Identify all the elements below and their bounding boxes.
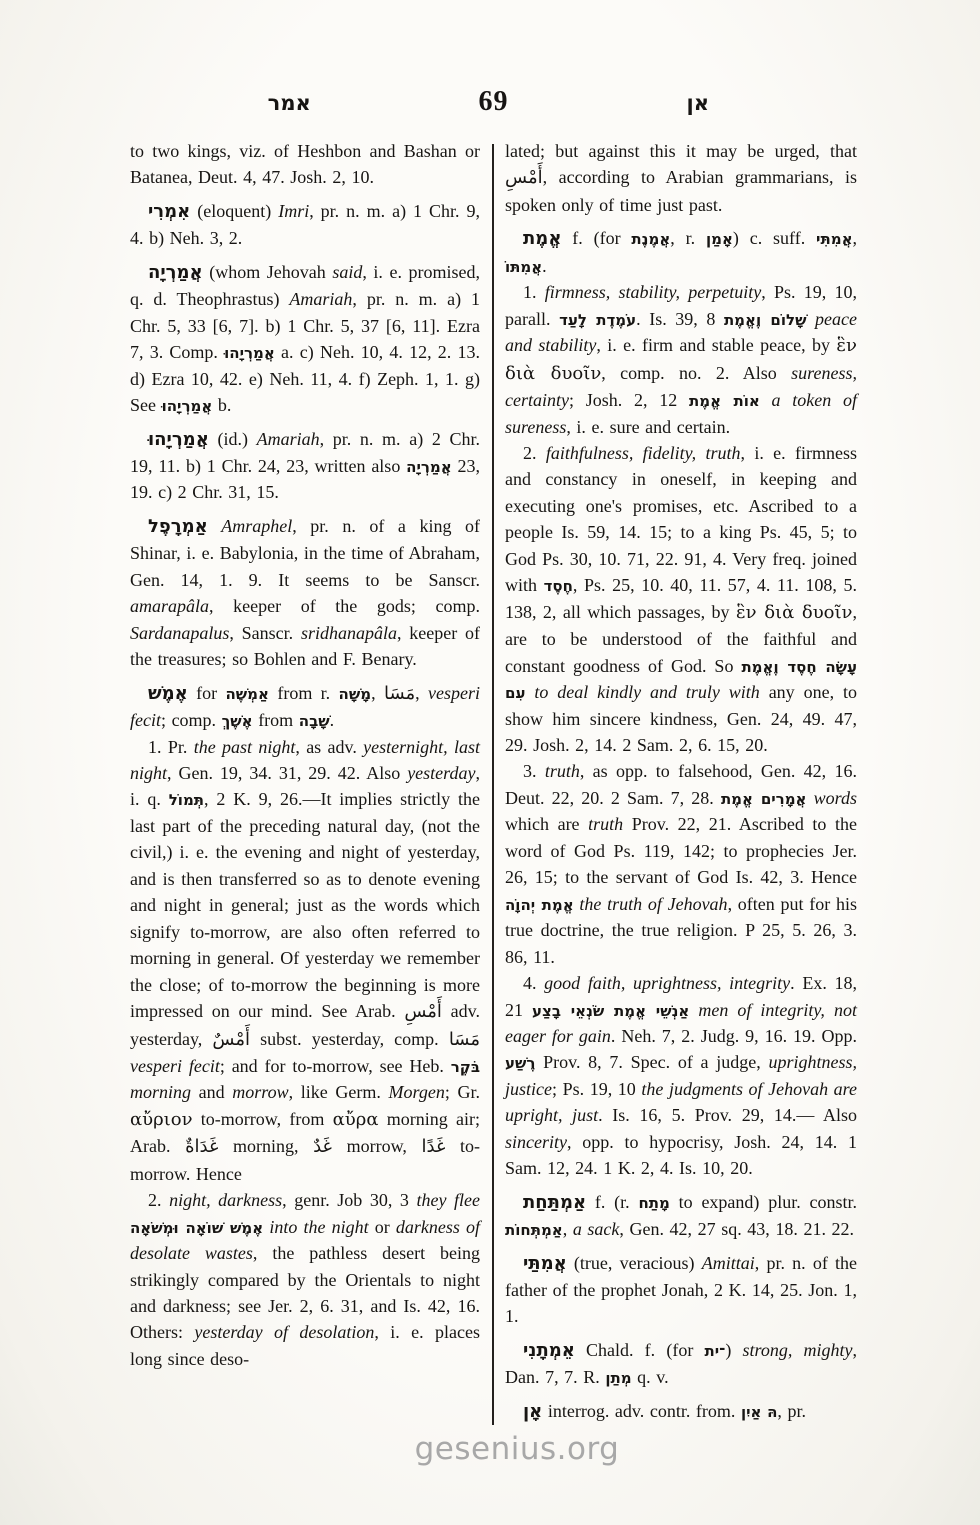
italic-text: truth xyxy=(545,761,580,781)
italic-text: amarapâla xyxy=(130,596,209,616)
text-run: which are xyxy=(505,814,588,834)
header-catchword-left: אמר xyxy=(130,91,449,115)
dictionary-paragraph: אֲמַרְיָהוּ (id.) Amariah, pr. n. m. a) … xyxy=(130,426,480,506)
text-run: f. (r. xyxy=(586,1192,638,1212)
hebrew-text: ־ית xyxy=(704,1342,725,1360)
hebrew-text: הּ xyxy=(767,1403,777,1421)
text-run: , like Germ. xyxy=(289,1082,389,1102)
dictionary-paragraph: 2. night, darkness, genr. Job 30, 3 they… xyxy=(130,1187,480,1372)
dictionary-paragraph: 4. good faith, uprightness, integrity. E… xyxy=(505,970,857,1182)
text-run: to-morrow, from xyxy=(193,1109,333,1129)
text-run: , pr. xyxy=(777,1401,806,1421)
dictionary-paragraph: אַמְרָפֶל Amraphel, pr. n. of a king of … xyxy=(130,513,480,673)
arabic-text: غَدَاةٌ xyxy=(185,1136,218,1157)
hebrew-text: אַמְשֶׁה xyxy=(226,685,269,703)
italic-text: into the night xyxy=(269,1217,368,1237)
dictionary-paragraph: אָן interrog. adv. contr. from. אַיִן הּ… xyxy=(505,1398,857,1425)
italic-text: said xyxy=(332,262,362,282)
italic-text: a sack xyxy=(573,1219,620,1239)
text-run: (id.) xyxy=(209,429,257,449)
dictionary-paragraph: 1. firmness, stability, perpetuity, Ps. … xyxy=(505,279,857,440)
hebrew-headword: אֱמֶת xyxy=(523,228,561,249)
text-run: 1. xyxy=(523,282,545,302)
hebrew-text: עֹמֶדֶת לָעַד xyxy=(559,311,636,329)
hebrew-text: שָׁלוֹם וֶאֱמֶת xyxy=(724,311,807,329)
text-run: . xyxy=(542,256,547,276)
hebrew-text: אֱמֶת יְהוָֹה xyxy=(505,896,574,914)
italic-text: to deal kindly and truly with xyxy=(534,682,759,702)
text-run: ; comp. xyxy=(161,710,222,730)
text-run: q. v. xyxy=(632,1367,669,1387)
hebrew-text: אֲמַרְיָהוּ xyxy=(162,397,213,415)
text-columns: to two kings, viz. of Heshbon and Bashan… xyxy=(130,138,857,1425)
text-run: or xyxy=(369,1217,396,1237)
text-run xyxy=(208,516,222,536)
text-run: from r. xyxy=(269,683,339,703)
watermark: gesenius.org xyxy=(415,1431,620,1467)
hebrew-text: אֲמִתִּי xyxy=(816,230,852,248)
hebrew-text: אֲמִתּוֹ xyxy=(505,258,542,276)
text-run: 4. xyxy=(523,973,544,993)
italic-text: words xyxy=(814,788,857,808)
hebrew-headword: אִמְרִי xyxy=(148,201,190,222)
italic-text: the past night xyxy=(194,737,296,757)
text-run: (whom Jehovah xyxy=(203,262,333,282)
hebrew-text: אָמַן xyxy=(706,230,733,248)
text-run xyxy=(689,1000,698,1020)
text-run: (eloquent) xyxy=(190,201,278,221)
hebrew-headword: אֲמַרְיָה xyxy=(148,262,203,283)
dictionary-paragraph: 1. Pr. the past night, as adv. yesternig… xyxy=(130,734,480,1188)
text-run: morning, xyxy=(218,1136,313,1156)
text-run: interrog. adv. contr. from. xyxy=(542,1401,741,1421)
hebrew-text: אַנְשֵׁי אֱמֶת שֹׂנְאֵי בָצַע xyxy=(532,1002,689,1020)
text-run: , xyxy=(415,683,428,703)
left-column: to two kings, viz. of Heshbon and Bashan… xyxy=(130,138,480,1425)
italic-text: sincerity xyxy=(505,1132,567,1152)
hebrew-headword: אֲמַרְיָהוּ xyxy=(148,429,209,450)
dictionary-paragraph: lated; but against this it may be urged,… xyxy=(505,138,857,218)
hebrew-text: אֲמַרְיָה xyxy=(406,458,452,476)
greek-text: αὔριον xyxy=(130,1109,193,1130)
hebrew-text: בֹּקֶר xyxy=(451,1058,480,1076)
italic-text: Morgen xyxy=(389,1082,445,1102)
text-run: to expand) plur. constr. xyxy=(670,1192,857,1212)
text-run: , keeper of the gods; comp. xyxy=(209,596,480,616)
hebrew-headword: אֵמְתָנִי xyxy=(523,1340,575,1361)
header-catchword-right: אן xyxy=(539,91,858,115)
text-run: b. xyxy=(212,395,231,415)
text-run: , xyxy=(853,228,858,248)
arabic-text: غَدٌ xyxy=(313,1136,332,1157)
dictionary-paragraph: אֲמַרְיָה (whom Jehovah said, i. e. prom… xyxy=(130,259,480,419)
text-run: . Is. 16, 5. Prov. 29, 14.— Also xyxy=(598,1105,857,1125)
text-run: , 2 K. 9, 26.—It implies strictly the la… xyxy=(130,789,480,1021)
text-run: ) xyxy=(725,1340,742,1360)
arabic-text: أَمْسٌ xyxy=(212,1029,250,1050)
hebrew-text: אֶשֶׁךְ xyxy=(222,712,253,730)
italic-text: Amariah xyxy=(289,289,352,309)
italic-text: Amittai xyxy=(702,1253,755,1273)
italic-text: faithfulness, fidelity, truth xyxy=(546,443,741,463)
hebrew-headword: אַמְתַּחַת xyxy=(523,1192,586,1213)
text-run: , comp. no. 2. Also xyxy=(601,363,791,383)
italic-text: truth xyxy=(588,814,623,834)
hebrew-text: מָשָׁה xyxy=(339,685,372,703)
text-run xyxy=(806,309,815,329)
hebrew-text: אַיִן xyxy=(741,1403,762,1421)
text-run: , i. e. firm and stable peace, by xyxy=(596,335,836,355)
hebrew-text: אֲמָרִים אֱמֶת xyxy=(721,790,807,808)
italic-text: Amraphel xyxy=(221,516,292,536)
dictionary-paragraph: אֱמֶת f. (for אֲמֶנֶת, r. אָמַן) c. suff… xyxy=(505,225,857,279)
dictionary-paragraph: 2. faithfulness, fidelity, truth, i. e. … xyxy=(505,440,857,758)
dictionary-paragraph: אִמְרִי (eloquent) Imri, pr. n. m. a) 1 … xyxy=(130,198,480,252)
text-run: ) c. suff. xyxy=(733,228,816,248)
italic-text: Amariah xyxy=(257,429,320,449)
right-column: lated; but against this it may be urged,… xyxy=(505,138,857,1425)
text-run: , xyxy=(371,683,384,703)
text-run: , xyxy=(563,1219,573,1239)
text-run: subst. yesterday, comp. xyxy=(250,1029,449,1049)
arabic-text: أَمْسِ xyxy=(404,1001,442,1022)
text-run xyxy=(806,788,813,808)
text-run: 3. xyxy=(523,761,545,781)
dictionary-paragraph: אֲמִתַּי (true, veracious) Amittai, pr. … xyxy=(505,1250,857,1330)
text-run: , r. xyxy=(670,228,706,248)
italic-text: night, darkness xyxy=(169,1190,282,1210)
hebrew-text: אוֹת אֱמֶת xyxy=(689,392,760,410)
hebrew-text: אֶמֶשׁ שׁוֹאָה וּמְשֹׁאָה xyxy=(130,1219,263,1237)
page-number: 69 xyxy=(449,86,539,118)
text-run: 1. Pr. xyxy=(148,737,194,757)
hebrew-text: חֶסֶד xyxy=(544,577,573,595)
arabic-text: أَمْسِ xyxy=(505,167,543,188)
page-header: אמר 69 אן xyxy=(130,86,857,118)
hebrew-headword: אֶמֶשׁ xyxy=(148,683,188,704)
dictionary-paragraph: אֶמֶשׁ for אַמְשֶׁה from r. מָשָׁה, مَسَ… xyxy=(130,680,480,734)
arabic-text: مَسَا xyxy=(384,683,415,704)
text-run: , Sanscr. xyxy=(229,623,301,643)
dictionary-paragraph: 3. truth, as opp. to falsehood, Gen. 42,… xyxy=(505,758,857,970)
text-run: , according to Arabian grammarians, is s… xyxy=(505,167,857,214)
text-run: , as adv. xyxy=(295,737,363,757)
hebrew-headword: אָן xyxy=(523,1401,542,1422)
text-run: for xyxy=(188,683,226,703)
text-run: , genr. Job 30, 3 xyxy=(282,1190,416,1210)
hebrew-headword: אֲמִתַּי xyxy=(523,1253,567,1274)
text-run: f. (for xyxy=(561,228,631,248)
text-run: (true, veracious) xyxy=(567,1253,702,1273)
arabic-text: مَسَا xyxy=(449,1029,480,1050)
hebrew-headword: אַמְרָפֶל xyxy=(148,516,208,537)
italic-text: yesterday xyxy=(407,763,475,783)
text-run: 2. xyxy=(148,1190,169,1210)
text-run xyxy=(760,390,772,410)
text-run: lated; but against this it may be urged,… xyxy=(505,141,857,161)
hebrew-text: אַמְתְּחוֹת xyxy=(505,1221,563,1239)
hebrew-text: מָתַח xyxy=(638,1194,669,1212)
text-run: . Is. 39, 8 xyxy=(636,309,724,329)
text-run: and xyxy=(191,1082,232,1102)
dictionary-paragraph: to two kings, viz. of Heshbon and Bashan… xyxy=(130,138,480,191)
hebrew-text: מְתַן xyxy=(605,1369,631,1387)
text-run: , Gen. 42, 27 sq. 43, 18. 21. 22. xyxy=(619,1219,854,1239)
italic-text: morning xyxy=(130,1082,191,1102)
dictionary-paragraph: אֵמְתָנִי Chald. f. (for ־ית) strong, mi… xyxy=(505,1337,857,1391)
italic-text: morrow xyxy=(232,1082,288,1102)
hebrew-text: אֲמֶנֶת xyxy=(631,230,670,248)
italic-text: they flee xyxy=(416,1190,480,1210)
italic-text: firmness, stability, perpetuity xyxy=(545,282,761,302)
greek-text: ἓν διὰ δυοῖν xyxy=(736,602,853,623)
text-run: . xyxy=(330,710,335,730)
italic-text: good faith, uprightness, integrity xyxy=(544,973,790,993)
text-run: ; Ps. 19, 10 xyxy=(552,1079,641,1099)
text-run: to two kings, viz. of Heshbon and Bashan… xyxy=(130,141,480,187)
italic-text: the truth of Jehovah xyxy=(579,894,727,914)
text-run: , i. e. sure and certain. xyxy=(566,417,730,437)
italic-text: strong, mighty xyxy=(743,1340,853,1360)
hebrew-text: אֲמַרְיָהוּ xyxy=(224,344,275,362)
greek-text: αὔρα xyxy=(333,1109,379,1130)
text-run: from xyxy=(253,710,299,730)
hebrew-text: תְּמוֹל xyxy=(169,791,204,809)
italic-text: Sardanapalus xyxy=(130,623,229,643)
italic-text: sridhanapâla xyxy=(301,623,397,643)
text-run: Chald. f. (for xyxy=(575,1340,705,1360)
text-run: ; Gr. xyxy=(445,1082,480,1102)
italic-text: Imri xyxy=(278,201,309,221)
italic-text: yesterday of desolation xyxy=(194,1322,374,1342)
arabic-text: غَدًا xyxy=(422,1136,446,1157)
text-run: . Neh. 7, 2. Judg. 9, 16. 19. Opp. xyxy=(611,1026,857,1046)
dictionary-paragraph: אַמְתַּחַת f. (r. מָתַח to expand) plur.… xyxy=(505,1189,857,1243)
text-run: Prov. 8, 7. Spec. of a judge, xyxy=(535,1052,768,1072)
text-run: morrow, xyxy=(332,1136,422,1156)
column-divider-rule xyxy=(492,144,494,1425)
text-run: ; Josh. 2, 12 xyxy=(569,390,689,410)
text-run: , i. e. firmness and constancy in onesel… xyxy=(505,443,857,595)
text-run: ; and for to-morrow, see Heb. xyxy=(220,1056,451,1076)
hebrew-text: רֶשַׁע xyxy=(505,1054,535,1072)
text-run: , Gen. 19, 34. 31, 29. 42. Also xyxy=(167,763,407,783)
text-run xyxy=(525,682,534,702)
hebrew-text: שָׁבָה xyxy=(299,712,330,730)
text-run: 2. xyxy=(523,443,546,463)
italic-text: vesperi fecit xyxy=(130,1056,220,1076)
dictionary-page: אמר 69 אן to two kings, viz. of Heshbon … xyxy=(0,0,980,1525)
